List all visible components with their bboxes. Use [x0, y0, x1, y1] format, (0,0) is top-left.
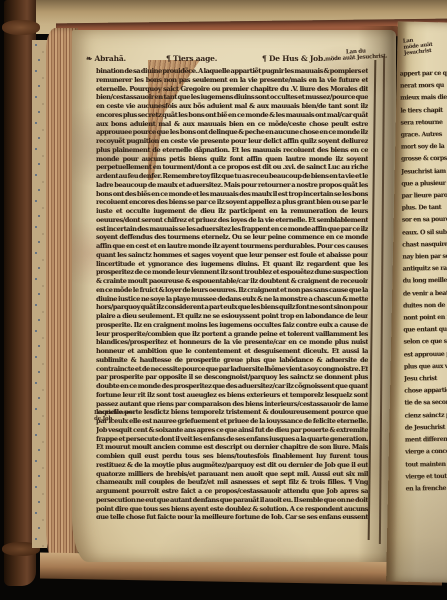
running-header-year: Lan du möde auät Jesuchrist.: [310, 47, 403, 65]
facing-page-running-header: Lan möde auät Jesuchrist: [403, 33, 447, 57]
running-header: ❧ Abrahã. ¶ Tiers aage. ¶ De Hus & Job. …: [72, 54, 396, 68]
spine-headband: [2, 20, 40, 35]
body-text-block: bination de sa diuine prouidẽce. A laque…: [96, 67, 368, 519]
book-photo: ❧ Abrahã. ¶ Tiers aage. ¶ De Hus & Job. …: [0, 0, 447, 600]
running-header-section: ❧ Abrahã.: [86, 54, 126, 63]
facing-page-text-fragments: appert par ce q nerat mors qu mieux mais…: [400, 68, 447, 539]
running-header-age: ¶ Tiers aage.: [166, 54, 217, 63]
facing-page-sliver: Lan möde auät Jesuchrist appert par ce q…: [386, 21, 447, 582]
marbled-endpaper-strip: [32, 40, 47, 548]
left-page: ❧ Abrahã. ¶ Tiers aage. ¶ De Hus & Job. …: [72, 30, 396, 562]
